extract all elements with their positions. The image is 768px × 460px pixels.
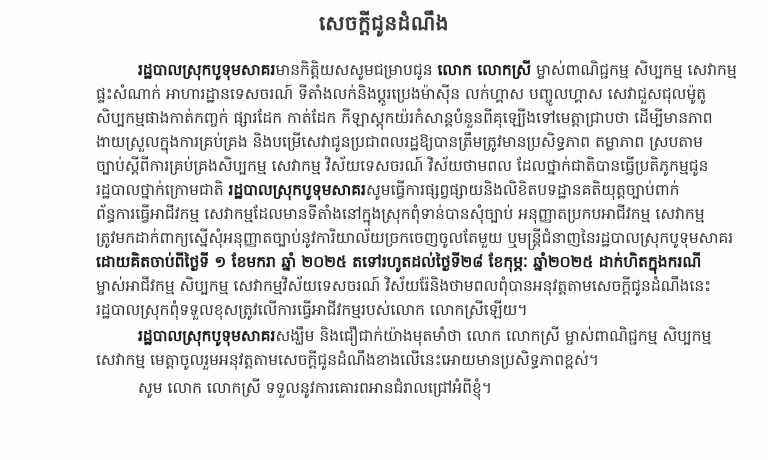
- paragraph-1-line-5: ច្បាប់ស្តីពីការគ្រប់គ្រងសិប្បកម្ម សេវាកម…: [96, 156, 716, 176]
- paragraph-2-line-1: រដ្ឋបាលស្រុកបូទុមសាគរសង្ឃឹម និងជឿជាក់យ៉ា…: [138, 326, 758, 346]
- text-segment: សេវាកម្ម មេត្តាចូលរួមអនុវត្តតាមសេចក្តីជូ…: [96, 351, 599, 369]
- text-segment: សិប្បកម្មផាងកាត់កញ្ចក់ ផ្សារដែក កាត់ដែក …: [96, 109, 713, 127]
- office-name: រដ្ឋបាលស្រុកបូទុមសាគរ: [138, 327, 275, 345]
- paragraph-1-line-4: ងាយស្រួលក្នុងការគ្រប់គ្រង និងបម្រើសេវាជូ…: [96, 132, 716, 152]
- text-segment: ម្ចាស់អាជីវកម្ម សិប្បកម្ម សេវាកម្មវិស័យទ…: [96, 277, 711, 295]
- paragraph-1-line-6: រដ្ឋបាលថ្នាក់ក្រោមជាតិ រដ្ឋបាលស្រុកបូទុម…: [96, 180, 716, 200]
- closing-line: សូម លោក លោកស្រី ទទួលនូវការគោរពអានជំរាលជ្…: [138, 378, 758, 398]
- deadline-text: ដោយគិតចាប់ពីថ្ងៃទី ១ ខែមករា ឆ្នាំ ២០២៥ ត…: [96, 253, 701, 271]
- paragraph-1-line-9: ដោយគិតចាប់ពីថ្ងៃទី ១ ខែមករា ឆ្នាំ ២០២៥ ត…: [96, 252, 716, 272]
- text-segment: រដ្ឋបាលស្រុកពុំទទួលខុសត្រូវលើការធ្វើអាជី…: [96, 301, 528, 319]
- text-segment: ត្រូវមកដាក់ពាក្យស្នើសុំអនុញ្ញាតច្បាប់នូវ…: [96, 229, 733, 247]
- paragraph-1-line-11: រដ្ឋបាលស្រុកពុំទទួលខុសត្រូវលើការធ្វើអាជី…: [96, 300, 716, 320]
- paragraph-2-line-2: សេវាកម្ម មេត្តាចូលរួមអនុវត្តតាមសេចក្តីជូ…: [96, 350, 716, 370]
- text-segment: ព័ន្ធការធ្វើអាជីវកម្ម សេវាកម្មដែលមានទីតា…: [96, 205, 705, 223]
- document-page: សេចក្តីជូនដំណឹង រដ្ឋបាលស្រុកបូទុមសាគរមាន…: [0, 0, 768, 460]
- paragraph-1-line-3: សិប្បកម្មផាងកាត់កញ្ចក់ ផ្សារដែក កាត់ដែក …: [96, 108, 716, 128]
- text-segment: ផ្ទះសំណាក់ អាហារដ្ឋានទេសចរណ៍ ទីតាំងលក់និ…: [96, 85, 706, 103]
- paragraph-1-line-2: ផ្ទះសំណាក់ អាហារដ្ឋានទេសចរណ៍ ទីតាំងលក់និ…: [96, 84, 716, 104]
- paragraph-1-line-1: រដ្ឋបាលស្រុកបូទុមសាគរមានកិត្តិយសសូមជម្រា…: [138, 60, 758, 80]
- text-segment: សង្ឃឹម និងជឿជាក់យ៉ាងមុតមាំថា លោក លោកស្រី…: [275, 327, 711, 345]
- text-segment: ម្ចាស់ពាណិជ្ជកម្ម សិប្បកម្ម សេវាកម្ម: [531, 61, 737, 79]
- text-segment: សូម លោក លោកស្រី ទទួលនូវការគោរពអានជំរាលជ្…: [138, 379, 492, 397]
- paragraph-1-line-7: ព័ន្ធការធ្វើអាជីវកម្ម សេវាកម្មដែលមានទីតា…: [96, 204, 716, 224]
- office-name: រដ្ឋបាលស្រុកបូទុមសាគរ: [138, 61, 275, 79]
- text-segment: មានកិត្តិយសសូមជម្រាបជូន: [275, 61, 437, 79]
- text-segment: រដ្ឋបាលថ្នាក់ក្រោមជាតិ: [96, 181, 229, 199]
- text-segment: ច្បាប់ស្តីពីការគ្រប់គ្រងសិប្បកម្ម សេវាកម…: [96, 157, 708, 175]
- addressee: លោក លោកស្រី: [438, 61, 532, 79]
- text-segment: សូមធ្វើការផ្សព្វផ្សាយនិងលិខិតបទដ្ឋានគតិយ…: [366, 181, 679, 199]
- text-segment: ងាយស្រួលក្នុងការគ្រប់គ្រង និងបម្រើសេវាជូ…: [96, 133, 703, 151]
- paragraph-1-line-10: ម្ចាស់អាជីវកម្ម សិប្បកម្ម សេវាកម្មវិស័យទ…: [96, 276, 716, 296]
- paragraph-1-line-8: ត្រូវមកដាក់ពាក្យស្នើសុំអនុញ្ញាតច្បាប់នូវ…: [96, 228, 716, 248]
- office-name: រដ្ឋបាលស្រុកបូទុមសាគរ: [229, 181, 366, 199]
- document-title: សេចក្តីជូនដំណឹង: [0, 10, 768, 40]
